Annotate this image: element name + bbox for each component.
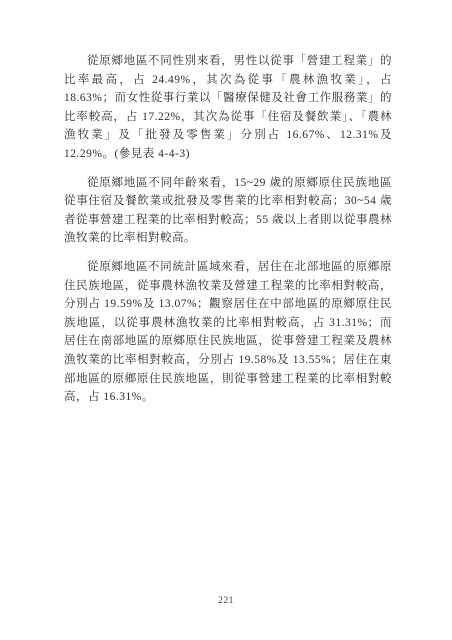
page-number: 221: [0, 596, 452, 606]
paragraph-gender-employment: 從原鄉地區不同性別來看，男性以從事「營建工程業」的比率最高，占 24.49%，其…: [64, 52, 392, 164]
text-block: 從原鄉地區不同性別來看，男性以從事「營建工程業」的比率最高，占 24.49%，其…: [64, 52, 392, 417]
paragraph-age-employment: 從原鄉地區不同年齡來看，15~29 歲的原鄉原住民族地區從事住宿及餐飲業或批發及…: [64, 174, 392, 248]
document-page: 從原鄉地區不同性別來看，男性以從事「營建工程業」的比率最高，占 24.49%，其…: [0, 0, 452, 640]
paragraph-region-employment: 從原鄉地區不同統計區域來看，居住在北部地區的原鄉原住民族地區，從事農林漁牧業及營…: [64, 258, 392, 407]
